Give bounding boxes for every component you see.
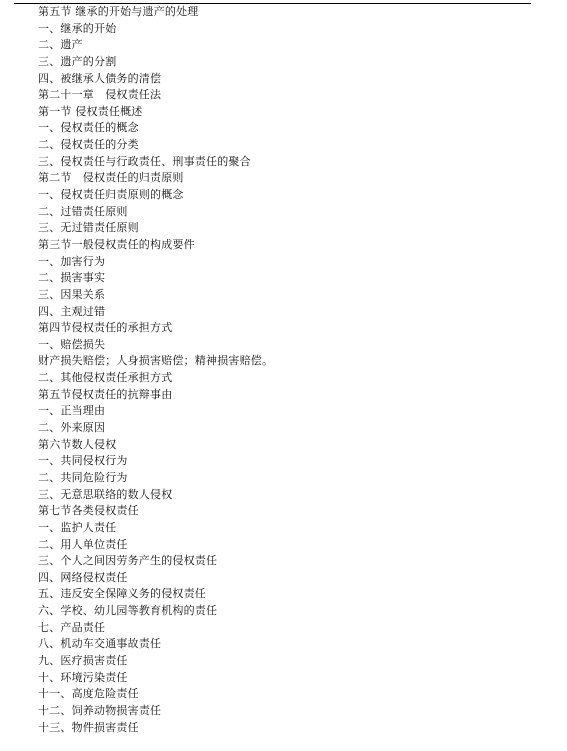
toc-line: 一、正当理由 <box>38 403 273 420</box>
toc-line: 六、学校、幼儿园等教育机构的责任 <box>38 603 273 620</box>
toc-line: 一、监护人责任 <box>38 520 273 537</box>
toc-line: 一、加害行为 <box>38 254 273 271</box>
toc-line: 二、过错责任原则 <box>38 204 273 221</box>
toc-line: 十一、高度危险责任 <box>38 686 273 703</box>
toc-line: 三、无过错责任原则 <box>38 220 273 237</box>
table-of-contents: 第五节 继承的开始与遗产的处理一、继承的开始二、遗产三、遗产的分割四、被继承人债… <box>38 4 273 736</box>
toc-line: 一、共同侵权行为 <box>38 453 273 470</box>
toc-line: 三、无意思联络的数人侵权 <box>38 487 273 504</box>
toc-line: 二、外来原因 <box>38 420 273 437</box>
toc-line: 十三、物件损害责任 <box>38 720 273 737</box>
toc-line: 第五节 继承的开始与遗产的处理 <box>38 4 273 21</box>
toc-line: 第六节数人侵权 <box>38 437 273 454</box>
toc-line: 财产损失赔偿；人身损害赔偿；精神损害赔偿。 <box>38 353 273 370</box>
toc-line: 第七节各类侵权责任 <box>38 503 273 520</box>
toc-line: 八、机动车交通事故责任 <box>38 636 273 653</box>
toc-line: 九、医疗损害责任 <box>38 653 273 670</box>
toc-line: 四、网络侵权责任 <box>38 570 273 587</box>
toc-line: 一、侵权责任的概念 <box>38 120 273 137</box>
toc-line: 十、环境污染责任 <box>38 670 273 687</box>
toc-line: 四、主观过错 <box>38 304 273 321</box>
toc-line: 第二节 侵权责任的归责原则 <box>38 170 273 187</box>
toc-line: 第三节一般侵权责任的构成要件 <box>38 237 273 254</box>
toc-line: 三、个人之间因劳务产生的侵权责任 <box>38 553 273 570</box>
toc-line: 第一节 侵权责任概述 <box>38 104 273 121</box>
toc-line: 七、产品责任 <box>38 620 273 637</box>
toc-line: 二、用人单位责任 <box>38 537 273 554</box>
toc-line: 十二、饲养动物损害责任 <box>38 703 273 720</box>
toc-line: 二、遗产 <box>38 37 273 54</box>
toc-line: 一、继承的开始 <box>38 21 273 38</box>
toc-line: 二、共同危险行为 <box>38 470 273 487</box>
toc-line: 二、损害事实 <box>38 270 273 287</box>
toc-line: 三、侵权责任与行政责任、刑事责任的聚合 <box>38 154 273 171</box>
toc-line: 一、侵权责任归责原则的概念 <box>38 187 273 204</box>
toc-line: 第五节侵权责任的抗辩事由 <box>38 387 273 404</box>
toc-line: 三、因果关系 <box>38 287 273 304</box>
toc-line: 四、被继承人债务的清偿 <box>38 71 273 88</box>
toc-line: 五、违反安全保障义务的侵权责任 <box>38 586 273 603</box>
toc-line: 第二十一章 侵权责任法 <box>38 87 273 104</box>
toc-line: 二、其他侵权责任承担方式 <box>38 370 273 387</box>
toc-line: 一、赔偿损失 <box>38 337 273 354</box>
toc-line: 三、遗产的分割 <box>38 54 273 71</box>
toc-line: 二、侵权责任的分类 <box>38 137 273 154</box>
toc-line: 第四节侵权责任的承担方式 <box>38 320 273 337</box>
